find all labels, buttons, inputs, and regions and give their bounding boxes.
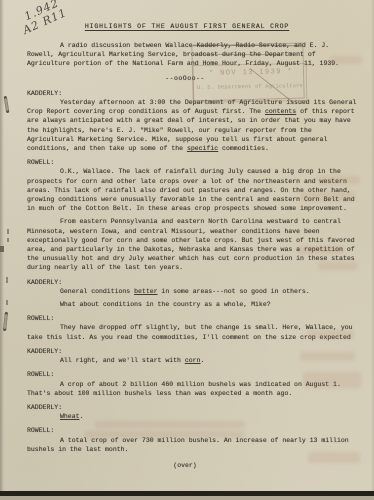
dialogue-paragraph: Wheat. — [27, 412, 357, 421]
page-footer-over: (over) — [27, 461, 343, 470]
dialogue-block: KADDERLY:General conditions better in so… — [27, 278, 357, 310]
bleed-through-smudge — [318, 176, 360, 184]
bleed-through-smudge — [303, 372, 361, 388]
scanned-document-page: 1.942 A2 R11 HIGHLIGHTS OF THE AUGUST FI… — [0, 0, 374, 500]
bleed-through-smudge — [300, 352, 355, 361]
dialogue-block: ROWELL:They have dropped off slightly, b… — [27, 314, 357, 342]
dialogue-paragraph: O.K., Wallace. The lack of rainfall duri… — [27, 167, 357, 213]
pencil-strike-line-2 — [196, 53, 284, 55]
dialogue-block: KADDERLY:Wheat. — [27, 403, 357, 421]
bleed-through-smudge — [95, 421, 245, 428]
dialogue-block: ROWELL:O.K., Wallace. The lack of rainfa… — [27, 158, 357, 272]
underlined-text: contents — [265, 108, 296, 115]
bleed-through-smudge — [318, 262, 358, 270]
speaker-label: KADDERLY: — [27, 403, 357, 412]
underlined-text: corn — [185, 357, 201, 364]
dialogue-paragraph: A total crop of over 730 million bushels… — [27, 436, 357, 454]
pencil-tick — [7, 229, 9, 234]
bleed-through-smudge — [298, 246, 344, 254]
bleed-through-smudge — [330, 56, 362, 64]
bleed-through-smudge — [300, 192, 355, 201]
bleed-through-smudge — [308, 330, 354, 339]
dialogue: KADDERLY:Yesterday afternoon at 3:00 the… — [27, 89, 357, 454]
underlined-text: specific — [187, 145, 218, 152]
underlined-text: Wheat — [60, 413, 80, 420]
staple-mark-top — [4, 96, 10, 113]
bleed-through-smudge — [308, 452, 360, 463]
scan-bottom-strip — [0, 496, 374, 500]
underlined-text: better — [134, 288, 157, 295]
page-title: HIGHLIGHTS OF THE AUGUST FIRST GENERAL C… — [0, 23, 374, 30]
dialogue-paragraph: What about conditions in the country as … — [27, 300, 357, 309]
pencil-tick — [6, 300, 8, 305]
dialogue-paragraph: General conditions better in some areas-… — [27, 287, 357, 296]
speaker-label: KADDERLY: — [27, 278, 357, 287]
dialogue-paragraph: Yesterday afternoon at 3:00 the Departme… — [27, 98, 357, 153]
ink-speck — [0, 246, 4, 252]
speaker-label: ROWELL: — [27, 158, 357, 167]
document-body: A radio discussion between Wallace Kadde… — [27, 41, 357, 470]
pencil-tick — [7, 238, 9, 242]
bleed-through-smudge — [85, 431, 245, 438]
staple-mark-bottom — [3, 312, 8, 331]
speaker-label: ROWELL: — [27, 314, 357, 323]
pencil-tick — [6, 277, 8, 283]
